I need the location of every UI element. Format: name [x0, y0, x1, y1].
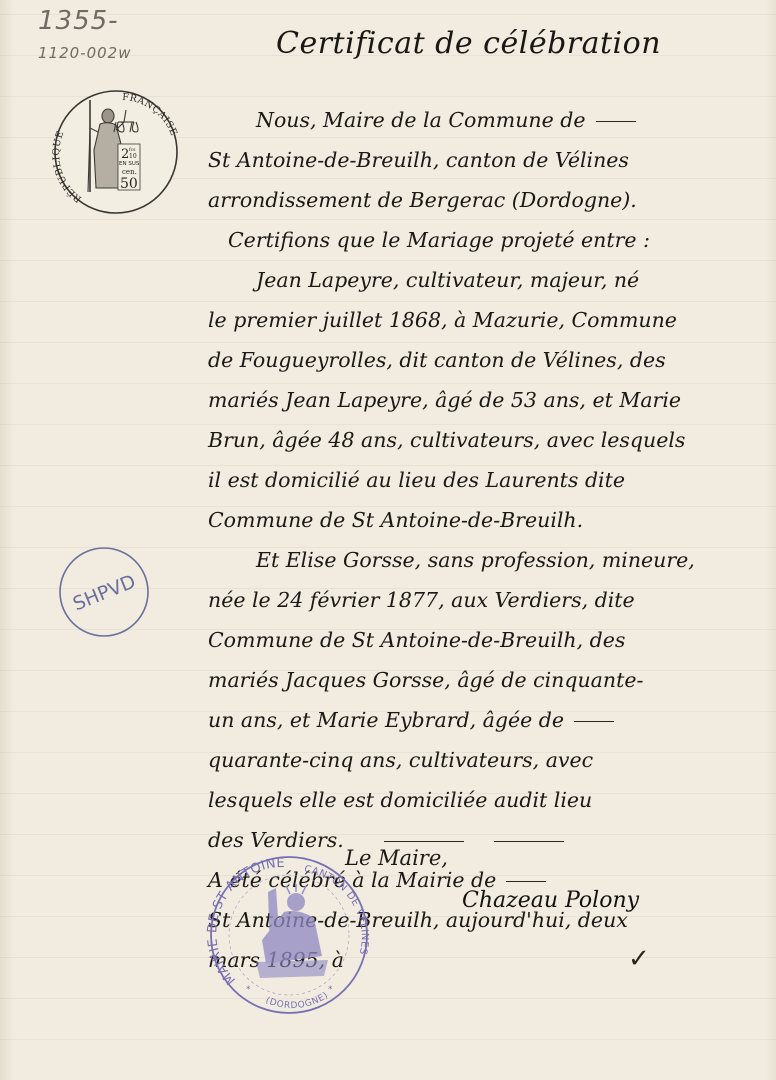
archive-stamp-text: SHPVD — [70, 570, 139, 615]
body-line: quarante-cinq ans, cultivateurs, avec — [208, 740, 768, 780]
svg-text:50: 50 — [120, 176, 138, 192]
body-line: mariés Jean Lapeyre, âgé de 53 ans, et M… — [208, 380, 768, 420]
body-line: de Fougueyrolles, dit canton de Vélines,… — [208, 340, 768, 380]
body-line: un ans, et Marie Eybrard, âgée de — [208, 700, 768, 740]
body-line: Nous, Maire de la Commune de — [208, 100, 768, 140]
fiscal-stamp-icon: RÉPUBLIQUE FRANÇAISE 2 fcs 10 EN SUS cen… — [52, 88, 180, 216]
svg-text:10: 10 — [129, 153, 137, 160]
svg-text:*: * — [246, 985, 251, 995]
archive-reference-code: 1120-002w — [38, 44, 132, 62]
mairie-seal-icon: MAIRIE DE ST ANTOINE CANTON DE VÉLINES (… — [206, 852, 372, 1018]
svg-text:cen.: cen. — [122, 168, 137, 176]
document-title: Certificat de célébration — [276, 26, 661, 61]
body-line: Et Elise Gorsse, sans profession, mineur… — [208, 540, 768, 580]
body-line: née le 24 février 1877, aux Verdiers, di… — [208, 580, 768, 620]
body-line: Jean Lapeyre, cultivateur, majeur, né — [208, 260, 768, 300]
body-line: Certifions que le Mariage projeté entre … — [208, 220, 768, 260]
body-line: Commune de St Antoine-de-Breuilh. — [208, 500, 768, 540]
body-line: il est domicilié au lieu des Laurents di… — [208, 460, 768, 500]
body-line: arrondissement de Bergerac (Dordogne). — [208, 180, 768, 220]
body-line: lesquels elle est domiciliée audit lieu — [208, 780, 768, 820]
certificate-body: Nous, Maire de la Commune de St Antoine-… — [208, 100, 768, 980]
seal-text-bottom: (DORDOGNE) — [264, 991, 331, 1012]
svg-text:EN SUS: EN SUS — [119, 161, 140, 167]
svg-text:*: * — [328, 985, 333, 995]
body-line: St Antoine-de-Breuilh, canton de Vélines — [208, 140, 768, 180]
mayor-signature: Chazeau Polony — [462, 888, 639, 913]
body-line: Commune de St Antoine-de-Breuilh, des — [208, 620, 768, 660]
archive-stamp-icon: SHPVD — [56, 544, 152, 640]
body-line: Brun, âgée 48 ans, cultivateurs, avec le… — [208, 420, 768, 460]
certificate-page: 1355- 1120-002w Certificat de célébratio… — [0, 0, 776, 1080]
svg-text:(DORDOGNE): (DORDOGNE) — [264, 991, 331, 1012]
body-line: le premier juillet 1868, à Mazurie, Comm… — [208, 300, 768, 340]
archive-reference-number: 1355- — [38, 6, 119, 36]
body-line: mariés Jacques Gorsse, âgé de cinquante- — [208, 660, 768, 700]
checkmark-icon: ✓ — [628, 944, 650, 974]
